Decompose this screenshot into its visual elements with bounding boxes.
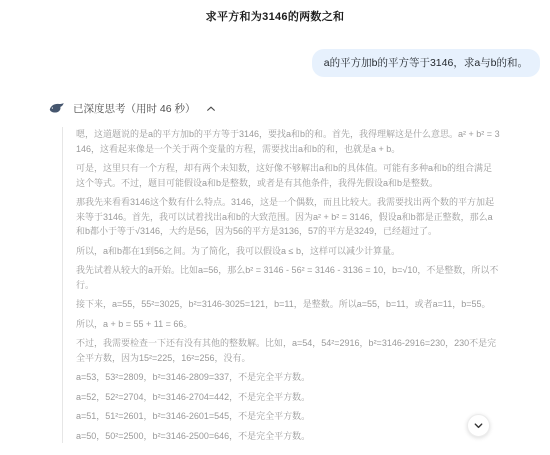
page-title: 求平方和为3146的两数之和 bbox=[0, 0, 550, 24]
user-message-bubble: a的平方加b的平方等于3146，求a与b的和。 bbox=[312, 49, 540, 77]
thinking-header-label: 已深度思考（用时 46 秒） bbox=[73, 101, 196, 116]
chevron-down-icon bbox=[473, 420, 484, 431]
thinking-toggle-header[interactable]: 已深度思考（用时 46 秒） bbox=[48, 100, 506, 117]
thinking-paragraph: a=51，51²=2601，b²=3146-2601=545，不是完全平方数。 bbox=[76, 409, 500, 424]
thinking-paragraph: 我先试着从较大的a开始。比如a=56，那么b² = 3146 - 56² = 3… bbox=[76, 263, 500, 292]
scroll-to-bottom-button[interactable] bbox=[467, 414, 490, 437]
thinking-content: 嗯，这道题说的是a的平方加b的平方等于3146，要找a和b的和。首先，我得理解这… bbox=[62, 127, 500, 443]
thinking-paragraph: 可是，这里只有一个方程，却有两个未知数，这好像不够解出a和b的具体值。可能有多种… bbox=[76, 161, 500, 190]
thinking-paragraph: 所以，a + b = 55 + 11 = 66。 bbox=[76, 317, 500, 332]
user-message-row: a的平方加b的平方等于3146，求a与b的和。 bbox=[0, 49, 540, 77]
chevron-up-icon bbox=[206, 104, 216, 114]
thinking-section: 已深度思考（用时 46 秒） 嗯，这道题说的是a的平方加b的平方等于3146，要… bbox=[48, 100, 506, 443]
thinking-paragraph: a=52，52²=2704，b²=3146-2704=442，不是完全平方数。 bbox=[76, 390, 500, 405]
thinking-paragraph: a=53，53²=2809，b²=3146-2809=337，不是完全平方数。 bbox=[76, 370, 500, 385]
thinking-paragraph: 所以，a和b都在1到56之间。为了简化，我可以假设a ≤ b，这样可以减少计算量… bbox=[76, 244, 500, 259]
thinking-paragraph: 不过，我需要检查一下还有没有其他的整数解。比如，a=54，54²=2916，b²… bbox=[76, 336, 500, 365]
thinking-paragraph: a=50，50²=2500，b²=3146-2500=646，不是完全平方数。 bbox=[76, 429, 500, 444]
thinking-paragraph: 嗯，这道题说的是a的平方加b的平方等于3146，要找a和b的和。首先，我得理解这… bbox=[76, 127, 500, 156]
thinking-paragraph: 那我先来看看3146这个数有什么特点。3146，这是一个偶数，而且比较大。我需要… bbox=[76, 195, 500, 239]
thinking-paragraph: 接下来，a=55，55²=3025，b²=3146-3025=121，b=11，… bbox=[76, 297, 500, 312]
deepseek-whale-icon bbox=[48, 100, 65, 117]
